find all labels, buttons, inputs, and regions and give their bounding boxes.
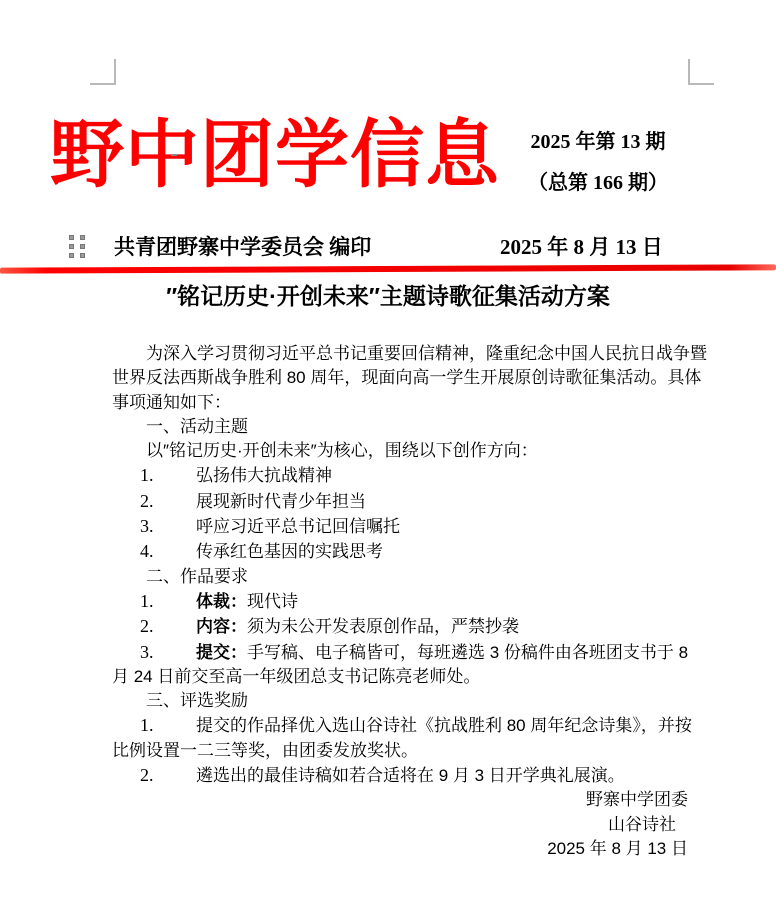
section-heading-1: 一、活动主题 — [112, 415, 708, 439]
page-corner-mark-top-right — [688, 59, 714, 85]
item-text: 须为未公开发表原创作品，严禁抄袭 — [247, 617, 519, 636]
signature-date: 2025 年 8 月 13 日 — [112, 837, 708, 861]
issue-number: 2025 年第 13 期 — [498, 122, 698, 163]
item-number: 1. — [140, 713, 196, 737]
signature-society: 山谷诗社 — [112, 813, 708, 837]
item-text: 呼应习近平总书记回信嘱托 — [196, 517, 400, 536]
list-item: 3.呼应习近平总书记回信嘱托 — [112, 514, 708, 539]
list-item: 3.提交：手写稿、电子稿皆可，每班遴选 3 份稿件由各班团支书于 8 月 24 … — [112, 640, 708, 690]
item-label: 提交： — [196, 643, 247, 662]
issue-info: 2025 年第 13 期 （总第 166 期） — [498, 122, 698, 204]
item-number: 2. — [140, 489, 196, 513]
intro-paragraph: 为深入学习贯彻习近平总书记重要回信精神，隆重纪念中国人民抗日战争暨世界反法西斯战… — [112, 342, 708, 415]
item-number: 2. — [140, 763, 196, 787]
item-text: 弘扬伟大抗战精神 — [196, 466, 332, 485]
list-item: 4.传承红色基因的实践思考 — [112, 539, 708, 564]
list-item: 1.提交的作品择优入选山谷诗社《抗战胜利 80 周年纪念诗集》，并按 比例设置一… — [112, 713, 708, 763]
item-text: 现代诗 — [247, 592, 298, 611]
list-item: 2.展现新时代青少年担当 — [112, 489, 708, 514]
section-1-lead: 以″铭记历史·开创未来″为核心，围绕以下创作方向： — [112, 439, 708, 463]
signature-org: 野寨中学团委 — [112, 788, 708, 812]
item-text: 遴选出的最佳诗稿如若合适将在 9 月 3 日开学典礼展演。 — [196, 766, 625, 785]
section-heading-2: 二、作品要求 — [112, 565, 708, 589]
publish-date: 2025 年 8 月 13 日 — [500, 233, 663, 261]
red-divider-line — [0, 264, 776, 273]
item-number: 1. — [140, 589, 196, 613]
page-corner-mark-top-left — [90, 59, 116, 85]
list-item: 2.遴选出的最佳诗稿如若合适将在 9 月 3 日开学典礼展演。 — [112, 763, 708, 788]
list-item: 1.弘扬伟大抗战精神 — [112, 463, 708, 488]
item-text: 提交的作品择优入选山谷诗社《抗战胜利 80 周年纪念诗集》，并按 比例设置一二三… — [112, 716, 692, 759]
item-number: 3. — [140, 514, 196, 538]
item-text: 展现新时代青少年担当 — [196, 492, 366, 511]
doc-title: ″铭记历史·开创未来″主题诗歌征集活动方案 — [0, 281, 776, 311]
item-number: 1. — [140, 463, 196, 487]
item-label: 内容： — [196, 617, 247, 636]
masthead-title: 野中团学信息 — [50, 104, 520, 208]
document-page: 野中团学信息 2025 年第 13 期 （总第 166 期） 共青团野寨中学委员… — [0, 0, 776, 924]
item-number: 3. — [140, 640, 196, 664]
item-text: 传承红色基因的实践思考 — [196, 542, 383, 561]
list-item: 2.内容：须为未公开发表原创作品，严禁抄袭 — [112, 614, 708, 639]
stray-mark — [171, 154, 177, 156]
list-item: 1.体裁：现代诗 — [112, 589, 708, 614]
item-number: 2. — [140, 614, 196, 638]
item-number: 4. — [140, 539, 196, 563]
publisher-line: 共青团野寨中学委员会 编印 — [114, 233, 371, 261]
section-heading-3: 三、评选奖励 — [112, 689, 708, 713]
item-label: 体裁： — [196, 592, 247, 611]
doc-body: 为深入学习贯彻习近平总书记重要回信精神，隆重纪念中国人民抗日战争暨世界反法西斯战… — [112, 342, 708, 861]
drag-dots-icon — [69, 235, 85, 258]
issue-total: （总第 166 期） — [498, 163, 698, 204]
